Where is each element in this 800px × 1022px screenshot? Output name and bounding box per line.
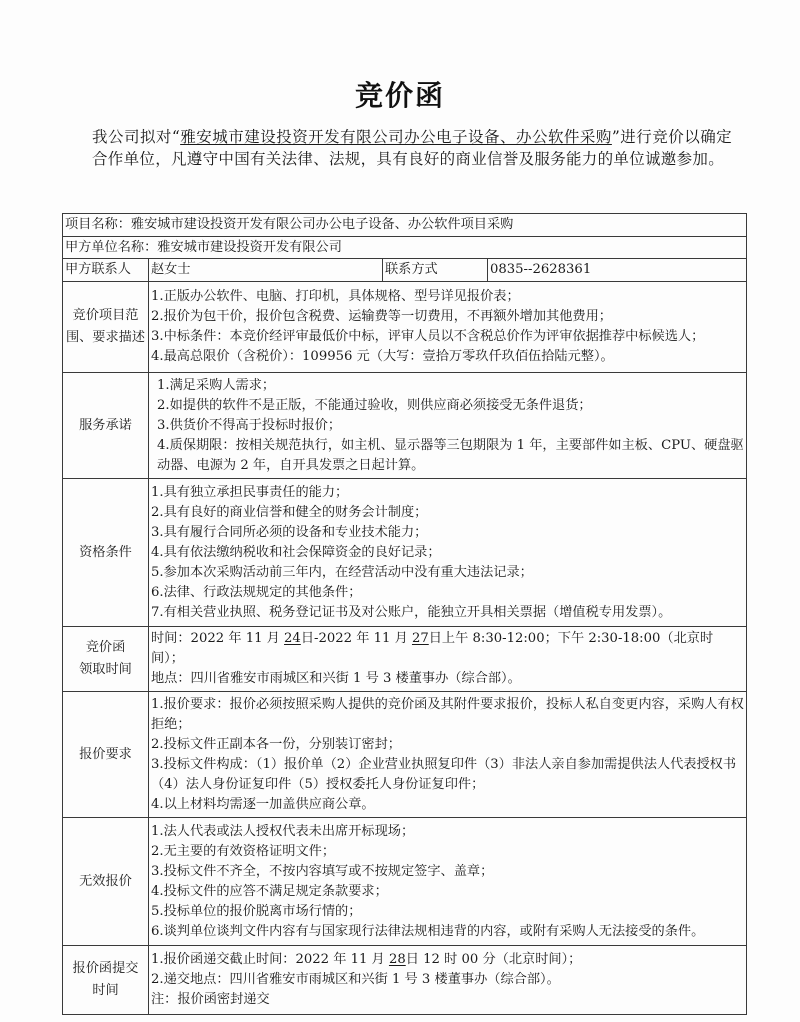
qualification-line-3: 3.具有履行合同所必须的设备和专业技术能力； bbox=[151, 523, 744, 543]
intro-prefix: 我公司拟对“ bbox=[92, 128, 180, 146]
phone-value: 0835--2628361 bbox=[488, 259, 747, 282]
submission-time-content: 1.报价函递交截止时间：2022 年 11 月 28日 12 时 00 分（北京… bbox=[149, 946, 747, 1015]
scope-line-1: 1.正版办公软件、电脑、打印机，具体规格、型号详见报价表； bbox=[151, 287, 744, 307]
qualification-line-7: 7.有相关营业执照、税务登记证书及对公账户，能独立开具相关票据（增值税专用发票）… bbox=[151, 603, 744, 623]
document-title: 竞价函 bbox=[0, 76, 800, 116]
document-page: 竞价函 我公司拟对“雅安城市建设投资开发有限公司办公电子设备、办公软件采购”进行… bbox=[0, 0, 800, 1022]
row-party-a-name: 甲方单位名称：雅安城市建设投资开发有限公司 bbox=[63, 237, 747, 259]
service-label: 服务承诺 bbox=[63, 373, 149, 479]
pickup-end-day: 27 bbox=[412, 631, 429, 646]
service-line-4: 4.质保期限：按相关规范执行，如主机、显示器等三包期限为 1 年，主要部件如主板… bbox=[157, 436, 744, 476]
contact-value: 赵女士 bbox=[149, 259, 383, 282]
pickup-time-line: 时间：2022 年 11 月 24日-2022 年 11 月 27日上午 8:3… bbox=[151, 629, 744, 669]
service-line-3: 3.供货价不得高于投标时报价； bbox=[157, 416, 744, 436]
pickup-time-label-line-1: 竞价函 bbox=[65, 637, 146, 659]
quote-req-line-2: 2.投标文件正副本各一份，分别装订密封； bbox=[151, 735, 744, 755]
deadline-day: 28 bbox=[389, 952, 406, 967]
invalid-line-3: 3.投标文件不齐全，不按内容填写或不按规定签字、盖章； bbox=[151, 862, 744, 882]
scope-line-3: 3.中标条件：本竞价经评审最低价中标，评审人员以不含税总价作为评审依据推荐中标候… bbox=[151, 327, 744, 347]
invalid-line-1: 1.法人代表或法人授权代表未出席开标现场； bbox=[151, 822, 744, 842]
deadline-suffix: 日 12 时 00 分（北京时间）； bbox=[406, 952, 582, 967]
quote-req-line-1: 1.报价要求：报价必须按照采购人提供的竞价函及其附件要求报价，投标人私自变更内容… bbox=[151, 695, 744, 735]
pickup-location-line: 地点：四川省雅安市雨城区和兴街 1 号 3 楼董事办（综合部）。 bbox=[151, 669, 744, 689]
submission-time-label: 报价函提交 时间 bbox=[63, 946, 149, 1015]
bid-info-table: 项目名称：雅安城市建设投资开发有限公司办公电子设备、办公软件项目采购 甲方单位名… bbox=[62, 213, 747, 1015]
row-project-name: 项目名称：雅安城市建设投资开发有限公司办公电子设备、办公软件项目采购 bbox=[63, 214, 747, 237]
row-invalid-quote: 无效报价 1.法人代表或法人授权代表未出席开标现场； 2.无主要的有效资格证明文… bbox=[63, 818, 747, 946]
row-contact: 甲方联系人 赵女士 联系方式 0835--2628361 bbox=[63, 259, 747, 282]
party-a-name-cell: 甲方单位名称：雅安城市建设投资开发有限公司 bbox=[63, 237, 747, 259]
intro-project-name: 雅安城市建设投资开发有限公司办公电子设备、办公软件采购 bbox=[180, 128, 612, 146]
pickup-start-day: 24 bbox=[284, 631, 301, 646]
submission-label-line-2: 时间 bbox=[65, 980, 146, 1002]
quote-requirements-content: 1.报价要求：报价必须按照采购人提供的竞价函及其附件要求报价，投标人私自变更内容… bbox=[149, 692, 747, 818]
qualification-content: 1.具有独立承担民事责任的能力； 2.具有良好的商业信誉和健全的财务会计制度； … bbox=[149, 479, 747, 627]
submission-label-line-1: 报价函提交 bbox=[65, 958, 146, 980]
submission-deadline-line: 1.报价函递交截止时间：2022 年 11 月 28日 12 时 00 分（北京… bbox=[151, 950, 744, 970]
qualification-line-4: 4.具有依法缴纳税收和社会保障资金的良好记录； bbox=[151, 543, 744, 563]
row-scope: 竞价项目范围、要求描述 1.正版办公软件、电脑、打印机，具体规格、型号详见报价表… bbox=[63, 282, 747, 373]
qualification-line-6: 6.法律、行政法规规定的其他条件； bbox=[151, 583, 744, 603]
qualification-line-2: 2.具有良好的商业信誉和健全的财务会计制度； bbox=[151, 503, 744, 523]
qualification-line-5: 5.参加本次采购活动前三年内，在经营活动中没有重大违法记录； bbox=[151, 563, 744, 583]
quote-req-line-3: 3.投标文件构成：（1）报价单（2）企业营业执照复印件（3）非法人亲自参加需提供… bbox=[151, 755, 744, 795]
phone-label: 联系方式 bbox=[383, 259, 488, 282]
qualification-label: 资格条件 bbox=[63, 479, 149, 627]
quote-requirements-label: 报价要求 bbox=[63, 692, 149, 818]
pickup-time-prefix: 时间：2022 年 11 月 bbox=[151, 631, 284, 646]
invalid-line-4: 4.投标文件的应答不满足规定条款要求； bbox=[151, 882, 744, 902]
invalid-quote-content: 1.法人代表或法人授权代表未出席开标现场； 2.无主要的有效资格证明文件； 3.… bbox=[149, 818, 747, 946]
row-pickup-time: 竞价函 领取时间 时间：2022 年 11 月 24日-2022 年 11 月 … bbox=[63, 627, 747, 692]
service-content: 1.满足采购人需求； 2.如提供的软件不是正版，不能通过验收，则供应商必须接受无… bbox=[149, 373, 747, 479]
submission-note-line: 注：报价函密封递交 bbox=[151, 990, 744, 1010]
pickup-time-middle: 日-2022 年 11 月 bbox=[301, 631, 412, 646]
row-quote-requirements: 报价要求 1.报价要求：报价必须按照采购人提供的竞价函及其附件要求报价，投标人私… bbox=[63, 692, 747, 818]
invalid-line-2: 2.无主要的有效资格证明文件； bbox=[151, 842, 744, 862]
quote-req-line-4: 4.以上材料均需逐一加盖供应商公章。 bbox=[151, 795, 744, 815]
invalid-line-5: 5.投标单位的报价脱离市场行情的； bbox=[151, 902, 744, 922]
row-qualification: 资格条件 1.具有独立承担民事责任的能力； 2.具有良好的商业信誉和健全的财务会… bbox=[63, 479, 747, 627]
row-submission-time: 报价函提交 时间 1.报价函递交截止时间：2022 年 11 月 28日 12 … bbox=[63, 946, 747, 1015]
project-name-cell: 项目名称：雅安城市建设投资开发有限公司办公电子设备、办公软件项目采购 bbox=[63, 214, 747, 237]
service-line-2: 2.如提供的软件不是正版，不能通过验收，则供应商必须接受无条件退货； bbox=[157, 396, 744, 416]
scope-line-2: 2.报价为包干价，报价包含税费、运输费等一切费用，不再额外增加其他费用； bbox=[151, 307, 744, 327]
submission-location-line: 2.递交地点：四川省雅安市雨城区和兴街 1 号 3 楼董事办（综合部）。 bbox=[151, 970, 744, 990]
invalid-line-6: 6.谈判单位谈判文件内容有与国家现行法律法规相违背的内容，或附有采购人无法接受的… bbox=[151, 922, 744, 942]
service-line-1: 1.满足采购人需求； bbox=[157, 376, 744, 396]
pickup-time-label: 竞价函 领取时间 bbox=[63, 627, 149, 692]
contact-label: 甲方联系人 bbox=[63, 259, 149, 282]
scope-line-4: 4.最高总限价（含税价）：109956 元（大写：壹拾万零玖仟玖佰伍拾陆元整）。 bbox=[151, 347, 744, 367]
row-service: 服务承诺 1.满足采购人需求； 2.如提供的软件不是正版，不能通过验收，则供应商… bbox=[63, 373, 747, 479]
pickup-time-content: 时间：2022 年 11 月 24日-2022 年 11 月 27日上午 8:3… bbox=[149, 627, 747, 692]
pickup-time-label-line-2: 领取时间 bbox=[65, 659, 146, 681]
invalid-quote-label: 无效报价 bbox=[63, 818, 149, 946]
qualification-line-1: 1.具有独立承担民事责任的能力； bbox=[151, 483, 744, 503]
intro-paragraph: 我公司拟对“雅安城市建设投资开发有限公司办公电子设备、办公软件采购”进行竞价以确… bbox=[92, 126, 732, 170]
scope-label: 竞价项目范围、要求描述 bbox=[63, 282, 149, 373]
deadline-prefix: 1.报价函递交截止时间：2022 年 11 月 bbox=[151, 952, 389, 967]
scope-content: 1.正版办公软件、电脑、打印机，具体规格、型号详见报价表； 2.报价为包干价，报… bbox=[149, 282, 747, 373]
